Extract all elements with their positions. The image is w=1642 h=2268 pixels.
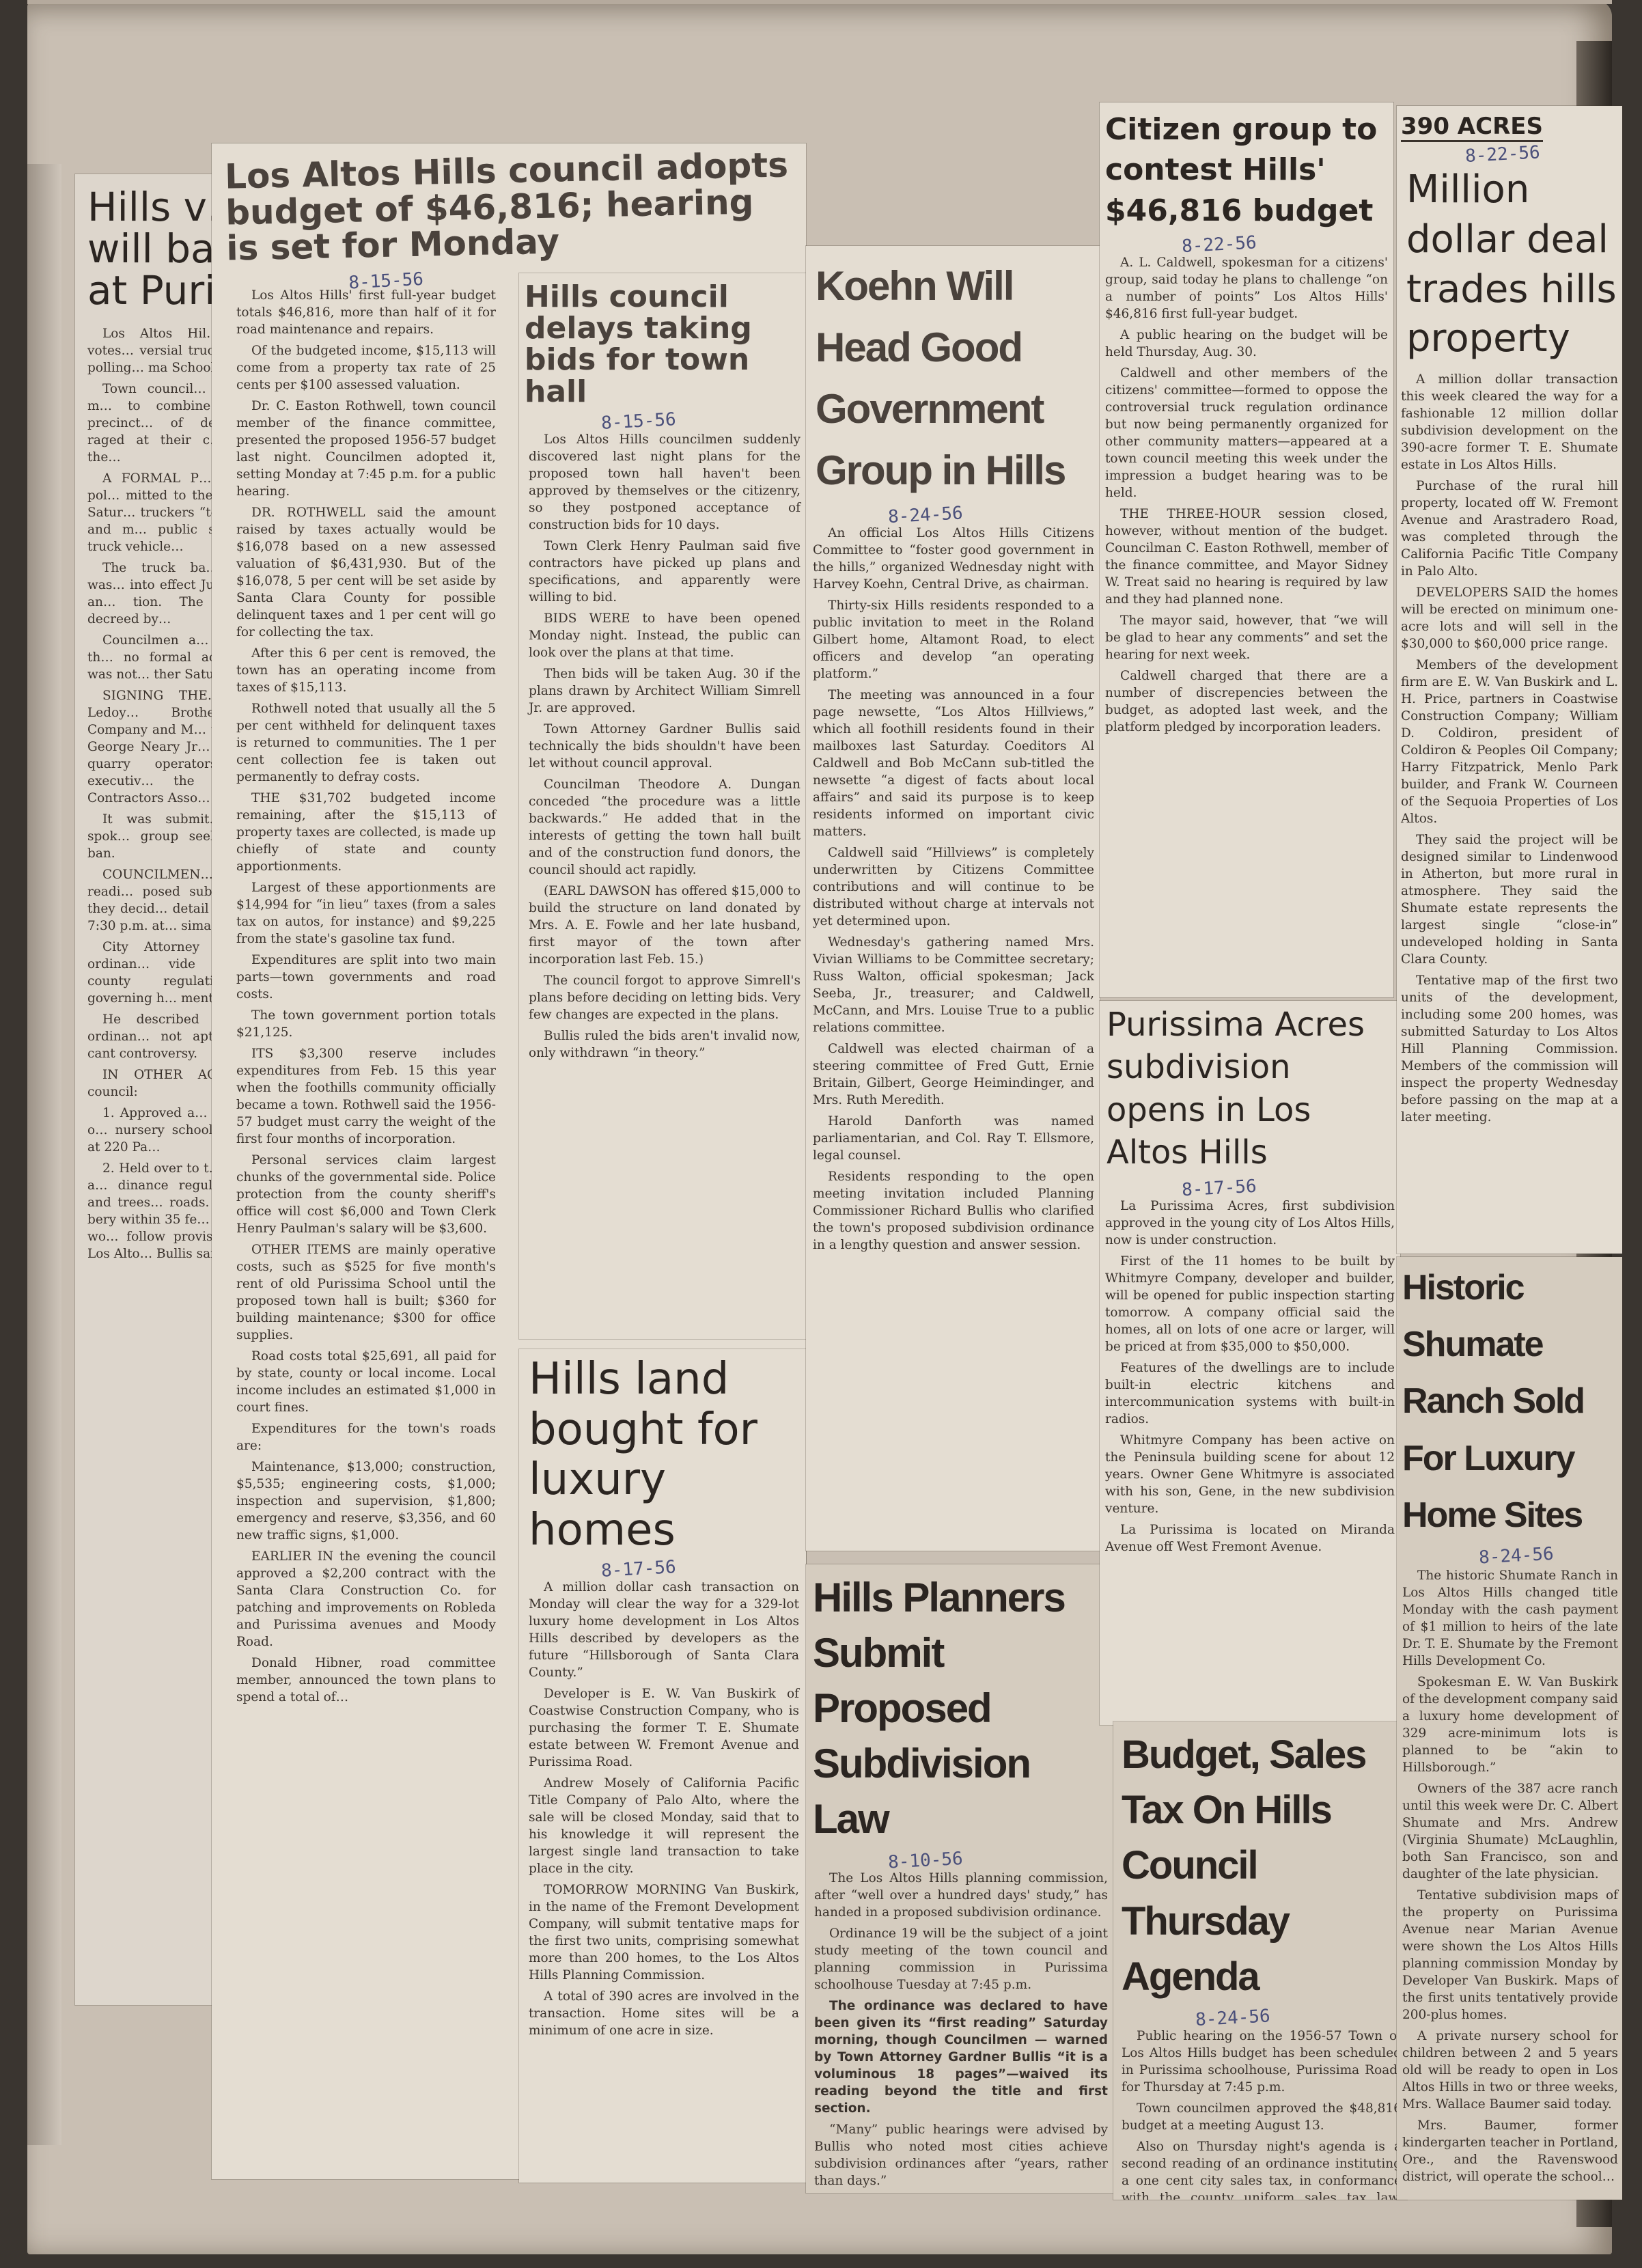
article-body-planners: The Los Altos Hills planning commission,…	[806, 1870, 1113, 2193]
article-body-shumate-ranch: The historic Shumate Ranch in Los Altos …	[1397, 1567, 1622, 2185]
headline-sales-tax: Budget, Sales Tax On Hills Council Thurs…	[1113, 1721, 1407, 2004]
article-body-town-hall-bids: Los Altos Hills councilmen suddenly disc…	[519, 431, 806, 1062]
article-body-million-dollar: A million dollar transaction this week c…	[1397, 371, 1622, 1126]
scrapbook-page: Hills v… will ba… at Puri… Los Altos Hil…	[27, 0, 1612, 2254]
handwritten-date: 8-22-56	[1464, 138, 1622, 167]
headline-citizen-group: Citizen group to contest Hills' $46,816 …	[1100, 102, 1393, 231]
article-body-citizen-group: A. L. Caldwell, spokesman for a citizens…	[1100, 254, 1393, 736]
headline-budget-adopted: Los Altos Hills council adopts budget of…	[212, 143, 806, 267]
kicker-390-acres: 390 ACRES	[1401, 113, 1543, 142]
clipping-million-dollar: 390 ACRES 8-22-56 Million dollar deal tr…	[1397, 106, 1622, 1254]
clipping-purissima-acres: Purissima Acres subdivision opens in Los…	[1100, 1001, 1400, 1725]
article-body-luxury-homes: A million dollar cash transaction on Mon…	[519, 1579, 806, 2039]
headline-planners: Hills Planners Submit Proposed Subdivisi…	[806, 1564, 1113, 1847]
clipping-citizen-group: Citizen group to contest Hills' $46,816 …	[1100, 102, 1393, 997]
clipping-sales-tax: Budget, Sales Tax On Hills Council Thurs…	[1113, 1721, 1407, 2200]
page-top-edge	[27, 0, 1612, 4]
clipping-koehn: Koehn Will Head Good Government Group in…	[806, 246, 1100, 1551]
adjacent-page-edge-left	[27, 164, 61, 2145]
article-body-purissima-acres: La Purissima Acres, first subdivision ap…	[1100, 1198, 1400, 1555]
clipping-shumate-ranch: Historic Shumate Ranch Sold For Luxury H…	[1397, 1257, 1622, 2200]
headline-shumate-ranch: Historic Shumate Ranch Sold For Luxury H…	[1397, 1257, 1622, 1544]
article-body-koehn: An official Los Altos Hills Citizens Com…	[806, 525, 1100, 1254]
headline-million-dollar: Million dollar deal trades hills propert…	[1397, 165, 1622, 371]
clipping-luxury-homes: Hills land bought for luxury homes 8-17-…	[519, 1349, 806, 2183]
headline-town-hall-bids: Hills council delays taking bids for tow…	[519, 273, 806, 408]
handwritten-date: 8-24-56	[1478, 1540, 1622, 1568]
headline-koehn: Koehn Will Head Good Government Group in…	[806, 246, 1100, 501]
clipping-town-hall-bids: Hills council delays taking bids for tow…	[519, 273, 806, 1339]
article-body-budget-adopted: Los Altos Hills' first full-year budget …	[236, 287, 496, 1710]
headline-purissima-acres: Purissima Acres subdivision opens in Los…	[1100, 1001, 1400, 1174]
headline-luxury-homes: Hills land bought for luxury homes	[519, 1349, 806, 1555]
clipping-planners: Hills Planners Submit Proposed Subdivisi…	[806, 1564, 1113, 2193]
article-body-sales-tax: Public hearing on the 1956-57 Town of Lo…	[1113, 2028, 1407, 2200]
